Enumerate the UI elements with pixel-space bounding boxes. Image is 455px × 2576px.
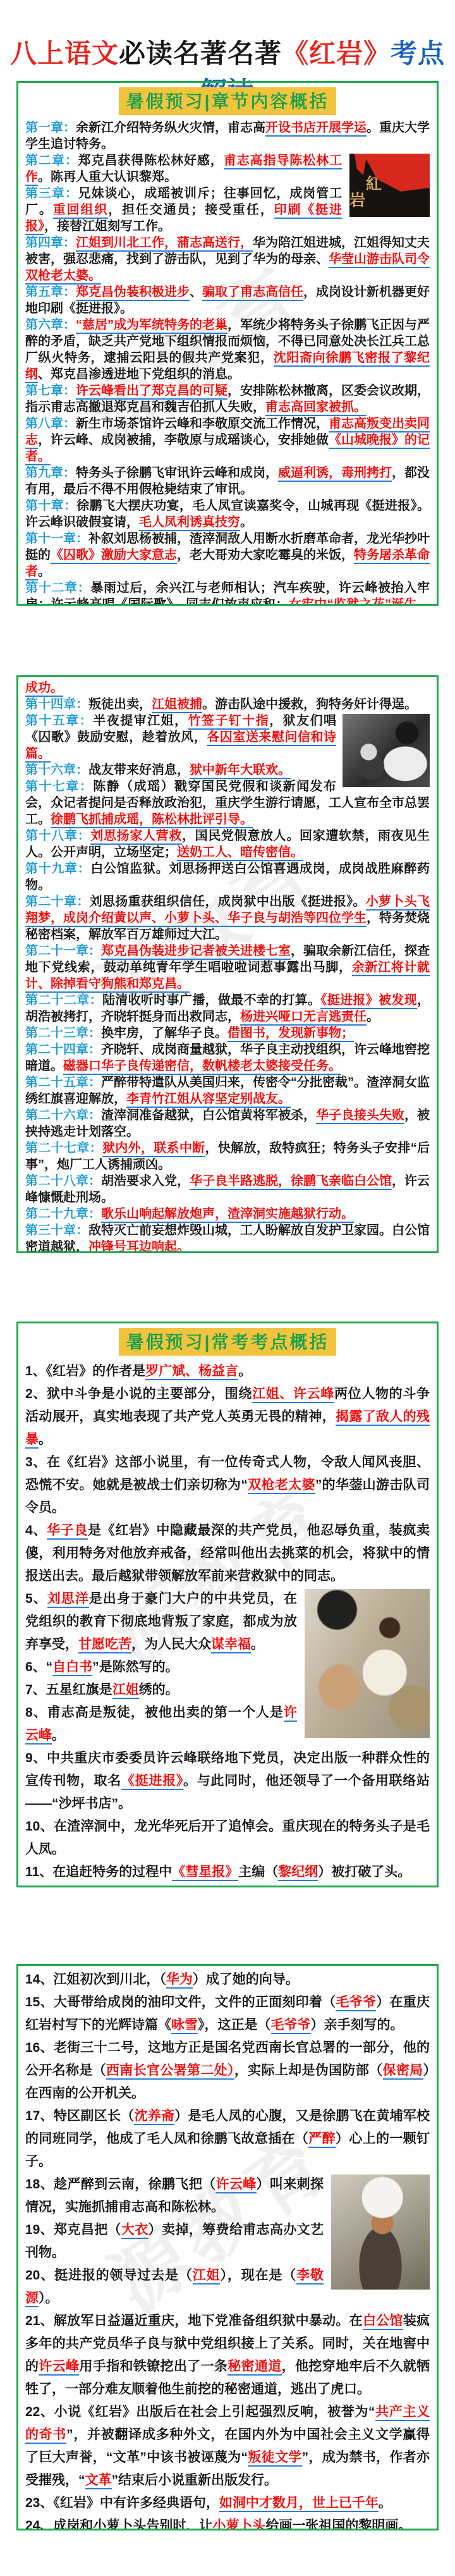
paragraph: 成功。: [25, 680, 430, 696]
paragraph: 第二十四章：齐晓轩、成岗商量越狱，华子良主动找组织，许云峰地窖挖暗道。磁器口华子…: [25, 1041, 430, 1074]
paragraph: 第二十一章：郑克昌伪装进步记者被关进楼七室，骗取余新江信任，探查地下党线索，鼓动…: [25, 943, 430, 992]
text-run: 必读名著名著: [119, 40, 282, 69]
text-run: ）被打破了头。: [318, 1865, 411, 1879]
text-run: 郑克昌获得陈松林好感，: [78, 154, 224, 168]
text-run: 、: [190, 285, 202, 299]
highlight-red: 磁器口华子良传递密信，数帆楼老太婆接受任务。: [63, 1059, 341, 1075]
text-run: ）亲手刻写的。: [311, 2018, 404, 2032]
page: 源教育 源教育 源教育 源教育 八上语文必读名著名著《红岩》考点解读 暑假预习|…: [0, 0, 455, 2576]
highlight-red: 李青竹江姐从容坚定别战友。: [126, 1092, 291, 1108]
highlight-red: 双枪老太婆: [248, 1478, 315, 1494]
highlight-red: 江姐被捕: [152, 697, 202, 713]
highlight-red: 毛爷爷: [336, 1995, 376, 2011]
text-run: 刘思扬重获组织信任，成岗狱中出版《挺进报》。: [90, 895, 366, 909]
text-run: 6、“: [25, 1660, 52, 1674]
paragraph: 第二十三章：换牢房，了解华子良。借图书，发现新事物；: [25, 1025, 430, 1041]
chapter-label: 第十四章：: [25, 697, 88, 711]
chapter-summary-box-part1: 暑假预习|章节内容概括 第一章：余新江介绍特务纵火灾情，甫志高开设书店开展学运。…: [16, 81, 439, 606]
highlight-red: 徐鹏飞抓捕成瑶，陈松林批评引导。: [51, 813, 253, 828]
exam-points-list-2: 14、江姐初次到川北，（华为）成了她的向导。15、大哥带给成岗的油印文件，文件的…: [25, 1968, 430, 2530]
paragraph: 第二十章：刘思扬重获组织信任，成岗狱中出版《挺进报》。小萝卜头飞翔梦，成岗介绍黄…: [25, 893, 430, 943]
paragraph: 第七章：许云峰看出了郑克昌的可疑，安排陈松林撤离，区委会议改期，指示甫志高撤退郑…: [25, 383, 430, 415]
highlight-red: 咏雪: [171, 2018, 198, 2034]
chapter-label: 第二十八章：: [25, 1174, 101, 1188]
highlight-red: 秘密通道: [227, 2359, 281, 2376]
text-run: 胡浩要求入党，: [101, 1174, 190, 1188]
paragraph: 21、解放军日益逼近重庆，地下党准备组织狱中暴动。在白公馆装疯多年的共产党员华子…: [25, 2310, 430, 2401]
prisoners-image: [343, 714, 430, 787]
chapter-label: 第九章：: [25, 466, 76, 480]
highlight-red: 竹签子钉十指: [188, 714, 269, 730]
text-run: ）成了她的向导。: [193, 1972, 299, 1987]
highlight-red: 狱中新年大联欢。: [190, 763, 291, 779]
highlight-red: 重回组织: [53, 203, 108, 219]
paragraph: 第十八章：刘思扬家人营救，国民党假意放人。回家遭软禁，雨夜见生人。公开声明，立场…: [25, 828, 430, 861]
highlight-red: 保密局: [383, 2063, 423, 2080]
paragraph: 第五章：郑克昌伪装积极进步、骗取了甫志高信任，成岗设计新机器更好地印刷《挺进报》…: [25, 284, 430, 317]
highlight-red: 白公馆: [363, 2314, 403, 2330]
text-run: 10、在渣滓洞中，龙光华死后开了追悼会。重庆现在的特务头子是毛人凤。: [25, 1819, 430, 1856]
paragraph: 第一章：余新江介绍特务纵火灾情，甫志高开设书店开展学运。重庆大学学生追讨特务。: [25, 120, 430, 152]
text-run: 7、五星红旗是: [25, 1683, 112, 1697]
highlight-red: 谋幸福: [211, 1637, 251, 1653]
highlight-red: 借图书，发现新事物；: [227, 1026, 354, 1042]
chapter-label: 第二十二章：: [25, 993, 102, 1007]
text-run: 15、大哥带给成岗的油印文件，文件的正面刻印着（: [25, 1995, 336, 2009]
text-run: 。: [238, 1364, 252, 1378]
paragraph: 2、狱中斗争是小说的主要部分，围绕江姐、许云峰两位人物的斗争活动展开，真实地表现…: [25, 1383, 430, 1451]
highlight-red: 叛徒文学: [248, 2450, 302, 2467]
text-run: ）。: [39, 2291, 59, 2305]
paragraph: 17、特区副区长（沈养斋）是毛人凤的心腹，又是徐鹏飞在黄埔军校的同班同学，他成了…: [25, 2105, 430, 2173]
text-run: 23、《红岩》中有许多经典语句，: [25, 2496, 219, 2510]
highlight-red: 大衣: [121, 2223, 149, 2239]
paragraph: 16、老街三十二号，这地方正是国名党西南长官总署的一部分，他的公开名称是（西南长…: [25, 2037, 430, 2105]
highlight-red: 许云峰看出了郑克昌的可疑: [76, 384, 227, 400]
highlight-red: 《挺进报》被发现: [320, 993, 417, 1009]
paragraph: 22、小说《红岩》出版后在社会上引起强烈反响，被誉为“共产主义的奇书”，并被翻译…: [25, 2401, 430, 2492]
paragraph: 11、在追赶特务的过程中《彗星报》主编（黎纪纲）被打破了头。: [25, 1861, 430, 1884]
highlight-red: 西南长官公署第二处）: [106, 2063, 234, 2080]
chapter-label: 第三章：: [25, 187, 78, 200]
text-run: ，担任交通员；接受重任，: [108, 203, 274, 217]
text-run: 。: [52, 1728, 65, 1743]
highlight-red: 送奶工人、暗传密信。: [177, 845, 303, 861]
highlight-red: 成功。: [25, 681, 63, 697]
highlight-red: 刘思洋: [47, 1592, 89, 1608]
chapter-label: 第二十六章：: [25, 1108, 101, 1122]
highlight-red: 文革: [85, 2473, 112, 2489]
highlight-red: 开设书店开展学运: [265, 121, 367, 137]
paragraph: 第二十二章：陆清收听时事广播，做最不幸的打算。《挺进报》被发现，胡浩被拷打，齐晓…: [25, 992, 430, 1025]
text-run: 换牢房，了解华子良。: [101, 1026, 227, 1040]
text-run: ，老大哥劝大家吃霉臭的米饭，: [177, 548, 354, 562]
chapter-label: 第二十一章：: [25, 944, 101, 958]
highlight-red: 华为: [166, 1972, 193, 1989]
highlight-red: “慈居”成为军统特务的老巢: [76, 318, 227, 334]
highlight-red: 江姐: [112, 1683, 139, 1699]
text-run: 18、趁严醉到云南，徐鹏飞把（: [25, 2177, 215, 2192]
highlight-red: 江姐、许云峰: [252, 1387, 334, 1403]
text-run: 战友带来好消息，: [88, 763, 190, 777]
highlight-red: 杨进兴哑口无言逃责任: [240, 1010, 367, 1026]
highlight-red: 许云峰: [39, 2359, 79, 2376]
highlight-red: 华子良接头失败: [316, 1108, 404, 1124]
text-run: 。陈再人重大认识黎郑。: [38, 170, 177, 184]
chapter-label: 第二章：: [25, 154, 78, 168]
chapter-label: 第二十四章：: [25, 1043, 101, 1057]
text-run: 。: [39, 1432, 52, 1447]
paragraph: 15、大哥带给成岗的油印文件，文件的正面刻印着（毛爷爷）在重庆红岩村写下的光辉诗…: [25, 1991, 430, 2037]
chapter-label: 第十七章：: [25, 780, 93, 794]
paragraph: 第九章：特务头子徐鹏飞审讯许云峰和成岗，威逼利诱，毒刑拷打，都没有用，最后不得不…: [25, 465, 430, 498]
text-run: 11、在追赶特务的过程中: [25, 1865, 172, 1879]
text-run: 。: [367, 1010, 379, 1024]
paragraph: 3、在《红岩》这部小说里，有一位传奇式人物，令敌人闻风丧胆、恐慌不安。她就是被战…: [25, 1451, 430, 1519]
text-run: 4、: [25, 1523, 47, 1538]
text-run: 给画一张祖国的黎明画。: [265, 2518, 411, 2530]
chapter-label: 第十二章：: [25, 581, 90, 595]
paragraph: 18、趁严醉到云南，徐鹏飞把（许云峰）叫来刺探情况，实施抓捕甫志高和陈松林。: [25, 2173, 430, 2219]
highlight-red: 骗取了甫志高信任: [202, 285, 303, 301]
book-cover-image: 紅岩: [349, 154, 430, 217]
paragraph: 第十九章：白公馆监狱。刘思扬押送白公馆喜遇成岗，成岗战胜麻醉药物。: [25, 861, 430, 893]
chapter-list-2: 成功。第十四章：叛徒出卖，江姐被捕。游击队途中援救，狗特务奸计得逞。第十五章：半…: [25, 680, 430, 1253]
paragraph: 9、中共重庆市委委员许云峰联络地下党员，决定出版一种群众性的宣传刊物，取名《挺进…: [25, 1747, 430, 1815]
paragraph: 第十四章：叛徒出卖，江姐被捕。游击队途中援救，狗特务奸计得逞。: [25, 696, 430, 713]
paragraph: 14、江姐初次到川北，（华为）成了她的向导。: [25, 1968, 430, 1991]
highlight-red: 江姐到川北工作，蒲志高送行，: [76, 236, 253, 252]
paragraph: 12、成岗入党，是（大哥）介绍的。此人在成岗调动工作后，要求他（团结工人），（恢…: [25, 1884, 430, 1887]
chapter-label: 第二十三章：: [25, 1026, 101, 1040]
text-run: ），现在是（: [220, 2268, 296, 2283]
text-run: 用手指和铁镣挖出了一条: [79, 2359, 227, 2374]
text-run: 叛徒出卖，: [88, 697, 152, 711]
text-run: 。: [38, 565, 51, 579]
text-run: ，为人民大众: [131, 1637, 211, 1652]
highlight-red: 毛人凤利诱真技穷: [139, 515, 240, 531]
highlight-red: 冲锋号耳边响起。: [88, 1240, 190, 1253]
paragraph: 1、《红岩》的作者是罗广斌、杨益言。: [25, 1360, 430, 1383]
text-run: 19、郑克昌把（: [25, 2223, 121, 2237]
text-run: 》，这正是（: [198, 2018, 271, 2032]
highlight-red: 《挺进报》: [121, 1774, 183, 1790]
highlight-red: 《囚歌》激励大家意志: [51, 548, 177, 564]
chapter-label: 第二十九章：: [25, 1207, 101, 1221]
chapter-label: 第六章：: [25, 318, 76, 332]
highlight-red: 黎纪纲: [278, 1865, 318, 1881]
chapter-label: 第八章：: [25, 417, 76, 431]
text-run: 。: [379, 2496, 392, 2510]
paragraph: 第四章：江姐到川北工作，蒲志高送行，华为陪江姐进城，江姐得知丈夫被害，强忍悲痛，…: [25, 235, 430, 284]
highlight-red: 华子良半路逃脱，徐鹏飞亲临白公馆: [190, 1174, 392, 1190]
exam-points-list-1: 1、《红岩》的作者是罗广斌、杨益言。2、狱中斗争是小说的主要部分，围绕江姐、许云…: [25, 1360, 430, 1887]
highlight-red: 威逼利诱，毒刑拷打: [278, 466, 392, 482]
text-run: 。游击队途中援救，狗特务奸计得逞。: [202, 697, 417, 711]
chapter-label: 第十五章：: [25, 714, 93, 728]
text-run: 八上语文: [10, 40, 119, 69]
highlight-red: 甘愿吃苦: [78, 1637, 131, 1653]
text-run: 主编（: [238, 1865, 278, 1879]
paragraph: 第二十六章：渣滓洞准备越狱，白公馆黄将军被杀，华子良接头失败，被挟持逃走计划落空…: [25, 1107, 430, 1140]
text-run: ”是陈然写的。: [92, 1660, 179, 1674]
text-run: 14、江姐初次到川北，（: [25, 1972, 166, 1987]
figures-painting-image: [305, 1589, 430, 1738]
highlight-red: 如洞中才数月，世上已千年: [219, 2496, 379, 2512]
exam-points-box-part2: 14、江姐初次到川北，（华为）成了她的向导。15、大哥带给成岗的油印文件，文件的…: [16, 1964, 439, 2530]
chapter-summary-box-part2: 成功。第十四章：叛徒出卖，江姐被捕。游击队途中援救，狗特务奸计得逞。第十五章：半…: [16, 675, 439, 1253]
text-run: 5、: [25, 1592, 47, 1606]
chapter-label: 第一章：: [25, 121, 76, 135]
text-run: 余新江介绍特务纵火灾情，甫志高: [76, 121, 265, 135]
highlight-red: 《彗星报》: [172, 1865, 238, 1881]
text-run: 24、成岗和小萝卜头告别时，让: [25, 2518, 212, 2530]
text-run: 1、《红岩》的作者是: [25, 1364, 145, 1378]
exam-points-box-part1: 暑假预习|常考考点概括 1、《红岩》的作者是罗广斌、杨益言。2、狱中斗争是小说的…: [16, 1322, 439, 1887]
highlight-red: 狱内外，联系中断: [102, 1141, 205, 1157]
highlight-red: 小萝卜头: [212, 2518, 265, 2530]
paragraph: 紅岩第二章：郑克昌获得陈松林好感，甫志高指导陈松林工作。陈再人重大认识黎郑。: [25, 152, 430, 185]
chapter-label: 第五章：: [25, 285, 76, 299]
chapter-label: 第四章：: [25, 236, 76, 250]
text-run: ，许云峰、成岗被捕，李敬原与成瑶谈心，安排她做: [38, 433, 329, 447]
highlight-red: 沈养斋: [134, 2109, 174, 2125]
text-run: 特务头子徐鹏飞审讯许云峰和成岗，: [76, 466, 278, 480]
paragraph: 第十五章：半夜提审江姐，竹签子钉十指，狱友们唱《囚歌》鼓励安慰，趁着放风，各囚室…: [25, 713, 430, 762]
text-run: 。: [251, 1637, 264, 1652]
text-run: 半夜提审江姐，: [93, 714, 188, 728]
highlight-red: 刘思扬家人营救: [90, 829, 182, 845]
paragraph: 第二十八章：胡浩要求入党，华子良半路逃脱，徐鹏飞亲临白公馆，许云峰慷慨赴刑场。: [25, 1173, 430, 1206]
paragraph: 第六章：“慈居”成为军统特务的老巢，军统少将特务头子徐鹏飞正因与严醉的矛盾，缺乏…: [25, 317, 430, 383]
chapter-label: 第十一章：: [25, 532, 88, 546]
section-header-chapters: 暑假预习|章节内容概括: [119, 87, 337, 115]
text-run: 绣的。: [139, 1683, 179, 1697]
paragraph: 第十二章：暴雨过后，余兴江与老师相认；汽车疾驶，许云峰被抬入牢房；许云峰高唱《国…: [25, 580, 430, 606]
paragraph: 第八章：新生市场茶馆许云峰和李敬原交流工作情况，甫志高叛变出卖同志，许云峰、成岗…: [25, 415, 430, 465]
text-run: ，实际上却是伪国防部（: [234, 2063, 383, 2078]
text-run: 20、挺进报的领导过去是（: [25, 2268, 193, 2283]
text-run: 。: [240, 515, 253, 529]
highlight-red: 罗广斌、杨益言: [145, 1364, 238, 1380]
text-run: 、郑克昌渗透进地下党组织的消息。: [38, 367, 240, 381]
highlight-red: 许云峰: [215, 2177, 256, 2193]
chapter-label: 第二十七章：: [25, 1141, 102, 1155]
highlight-red: 郑克昌伪装进步记者被关进楼七室: [101, 944, 291, 960]
paragraph: 第三十章：敌特灭亡前妄想炸毁山城，工人盼解放自发护卫家园。白公馆密道越狱，冲锋号…: [25, 1222, 430, 1253]
chapter-label: 第十章：: [25, 499, 76, 513]
chapter-label: 第七章：: [25, 384, 76, 398]
paragraph: 第十章：徐鹏飞大摆庆功宴，毛人凤宣读嘉奖令，山城再现《挺进报》。许云峰识破假宴请…: [25, 498, 430, 531]
text-run: ”结束后小说重新出版发行。: [112, 2473, 278, 2487]
paragraph: 第二十五章：严醉带特遣队从美国归来，传密令“分批密裁”。渣滓洞女监绣红旗喜迎解放…: [25, 1074, 430, 1107]
text-run: 17、特区副区长（: [25, 2109, 134, 2123]
paragraph: 第二十九章：歌乐山响起解放炮声，渣滓洞实施越狱行动。: [25, 1206, 430, 1222]
chapter-list-1: 第一章：余新江介绍特务纵火灾情，甫志高开设书店开展学运。重庆大学学生追讨特务。紅…: [25, 120, 430, 606]
paragraph: 23、《红岩》中有许多经典语句，如洞中才数月，世上已千年。: [25, 2492, 430, 2515]
text-run: 《红岩》: [282, 40, 391, 69]
chapter-label: 第二十五章：: [25, 1076, 101, 1089]
chapter-label: 第二十章：: [25, 895, 90, 909]
text-run: ，接替江姐刻写工作。: [44, 219, 171, 233]
text-run: 21、解放军日益逼近重庆，地下党准备组织狱中暴动。在: [25, 2314, 363, 2328]
paragraph: 第十一章：补叙刘思杨被捕，渣滓洞敌人用断水折磨革命者，龙光华抄叶挺的《囚歌》激励…: [25, 531, 430, 580]
chapter-label: 第十六章：: [25, 763, 88, 777]
text-run: 陆清收听时事广播，做最不幸的打算。: [102, 993, 320, 1007]
highlight-red: 严醉: [308, 2131, 336, 2148]
highlight-red: 华子良: [47, 1523, 88, 1540]
text-run: 2、狱中斗争是小说的主要部分，围绕: [25, 1387, 252, 1401]
paragraph: 24、成岗和小萝卜头告别时，让小萝卜头给画一张祖国的黎明画。: [25, 2515, 430, 2530]
text-run: 22、小说《红岩》出版后在社会上引起强烈反响，被誉为“: [25, 2405, 375, 2419]
text-run: 新生市场茶馆许云峰和李敬原交流工作情况，: [76, 417, 329, 431]
highlight-red: 江姐: [193, 2268, 221, 2285]
soldier-portrait-image: [331, 2174, 430, 2290]
chapter-label: 第十八章：: [25, 829, 90, 843]
highlight-red: 歌乐山响起解放炮声，渣滓洞实施越狱行动。: [101, 1207, 354, 1223]
paragraph: 第二十七章：狱内外，联系中断，快解放，敌特疯狂；特务头子安排“后事”，炮厂工人诱…: [25, 1140, 430, 1173]
highlight-red: 毛爷爷: [271, 2018, 311, 2034]
chapter-label: 第十九章：: [25, 862, 90, 876]
section-header-exam-points: 暑假预习|常考考点概括: [119, 1328, 337, 1356]
paragraph: 4、华子良是《红岩》中隐藏最深的共产党员，他忍辱负重，装疯卖傻，利用特务对他放弃…: [25, 1519, 430, 1588]
highlight-red: 郑克昌伪装积极进步: [76, 285, 190, 301]
text-run: 8、甫志高是叛徒，被他出卖的第一个人是: [25, 1705, 284, 1720]
text-run: 渣滓洞准备越狱，白公馆黄将军被杀，: [101, 1108, 316, 1122]
paragraph: 5、刘思洋是出身于豪门大户的中共党员，在党组织的教育下彻底地背叛了家庭，都成为放…: [25, 1588, 430, 1656]
highlight-red: 自白书: [52, 1660, 92, 1676]
paragraph: 10、在渣滓洞中，龙光华死后开了追悼会。重庆现在的特务头子是毛人凤。: [25, 1815, 430, 1861]
highlight-red: 甫志高回家被抓。: [265, 400, 367, 416]
chapter-label: 第三十章：: [25, 1224, 88, 1237]
